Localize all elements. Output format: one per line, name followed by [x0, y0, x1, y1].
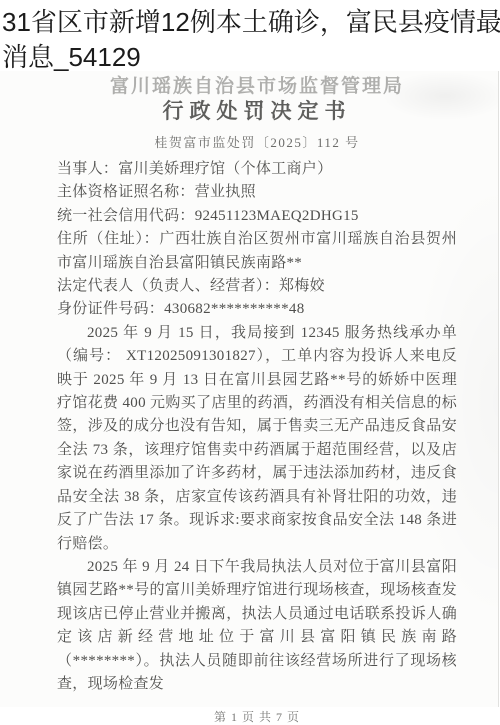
document-agency-header: 富川瑶族自治县市场监督管理局 — [57, 76, 457, 98]
document-title: 行政处罚决定书 — [57, 99, 457, 124]
document-field-address: 住所（住址）：广西壮族自治区贺州市富川瑶族自治县贺州市富川瑶族自治县富阳镇民族南… — [57, 228, 457, 275]
document-paragraph-complaint: 2025 年 9 月 15 日，我局接到 12345 服务热线承办单（编号： X… — [57, 322, 457, 556]
document-fields: 当事人：富川美娇理疗馆（个体工商户） 主体资格证照名称：营业执照 统一社会信用代… — [57, 158, 457, 322]
page-title-line1: 31省区市新增12例本土确诊，富民县疫情最 — [2, 5, 500, 40]
page-title-line2: 消息_54129 — [2, 40, 500, 75]
document-content: 富川瑶族自治县市场监督管理局 行政处罚决定书 桂贺富市监处罚〔2025〕112 … — [57, 76, 457, 707]
document-field-id-number: 身份证件号码：430682**********48 — [57, 298, 457, 321]
scanned-document: 富川瑶族自治县市场监督管理局 行政处罚决定书 桂贺富市监处罚〔2025〕112 … — [0, 71, 499, 707]
document-field-license-type: 主体资格证照名称：营业执照 — [57, 181, 457, 204]
document-field-legal-representative: 法定代表人（负责人、经营者）：郑梅姣 — [57, 275, 457, 298]
document-field-credit-code: 统一社会信用代码：92451123MAEQ2DHG15 — [57, 205, 457, 228]
document-paragraph-inspection: 2025 年 9 月 24 日下午我局执法人员对位于富川县富阳镇园艺路**号的富… — [57, 556, 457, 696]
page-title: 31省区市新增12例本土确诊，富民县疫情最 消息_54129 — [0, 0, 500, 75]
document-field-party: 当事人：富川美娇理疗馆（个体工商户） — [57, 158, 457, 181]
document-number: 桂贺富市监处罚〔2025〕112 号 — [57, 133, 457, 153]
